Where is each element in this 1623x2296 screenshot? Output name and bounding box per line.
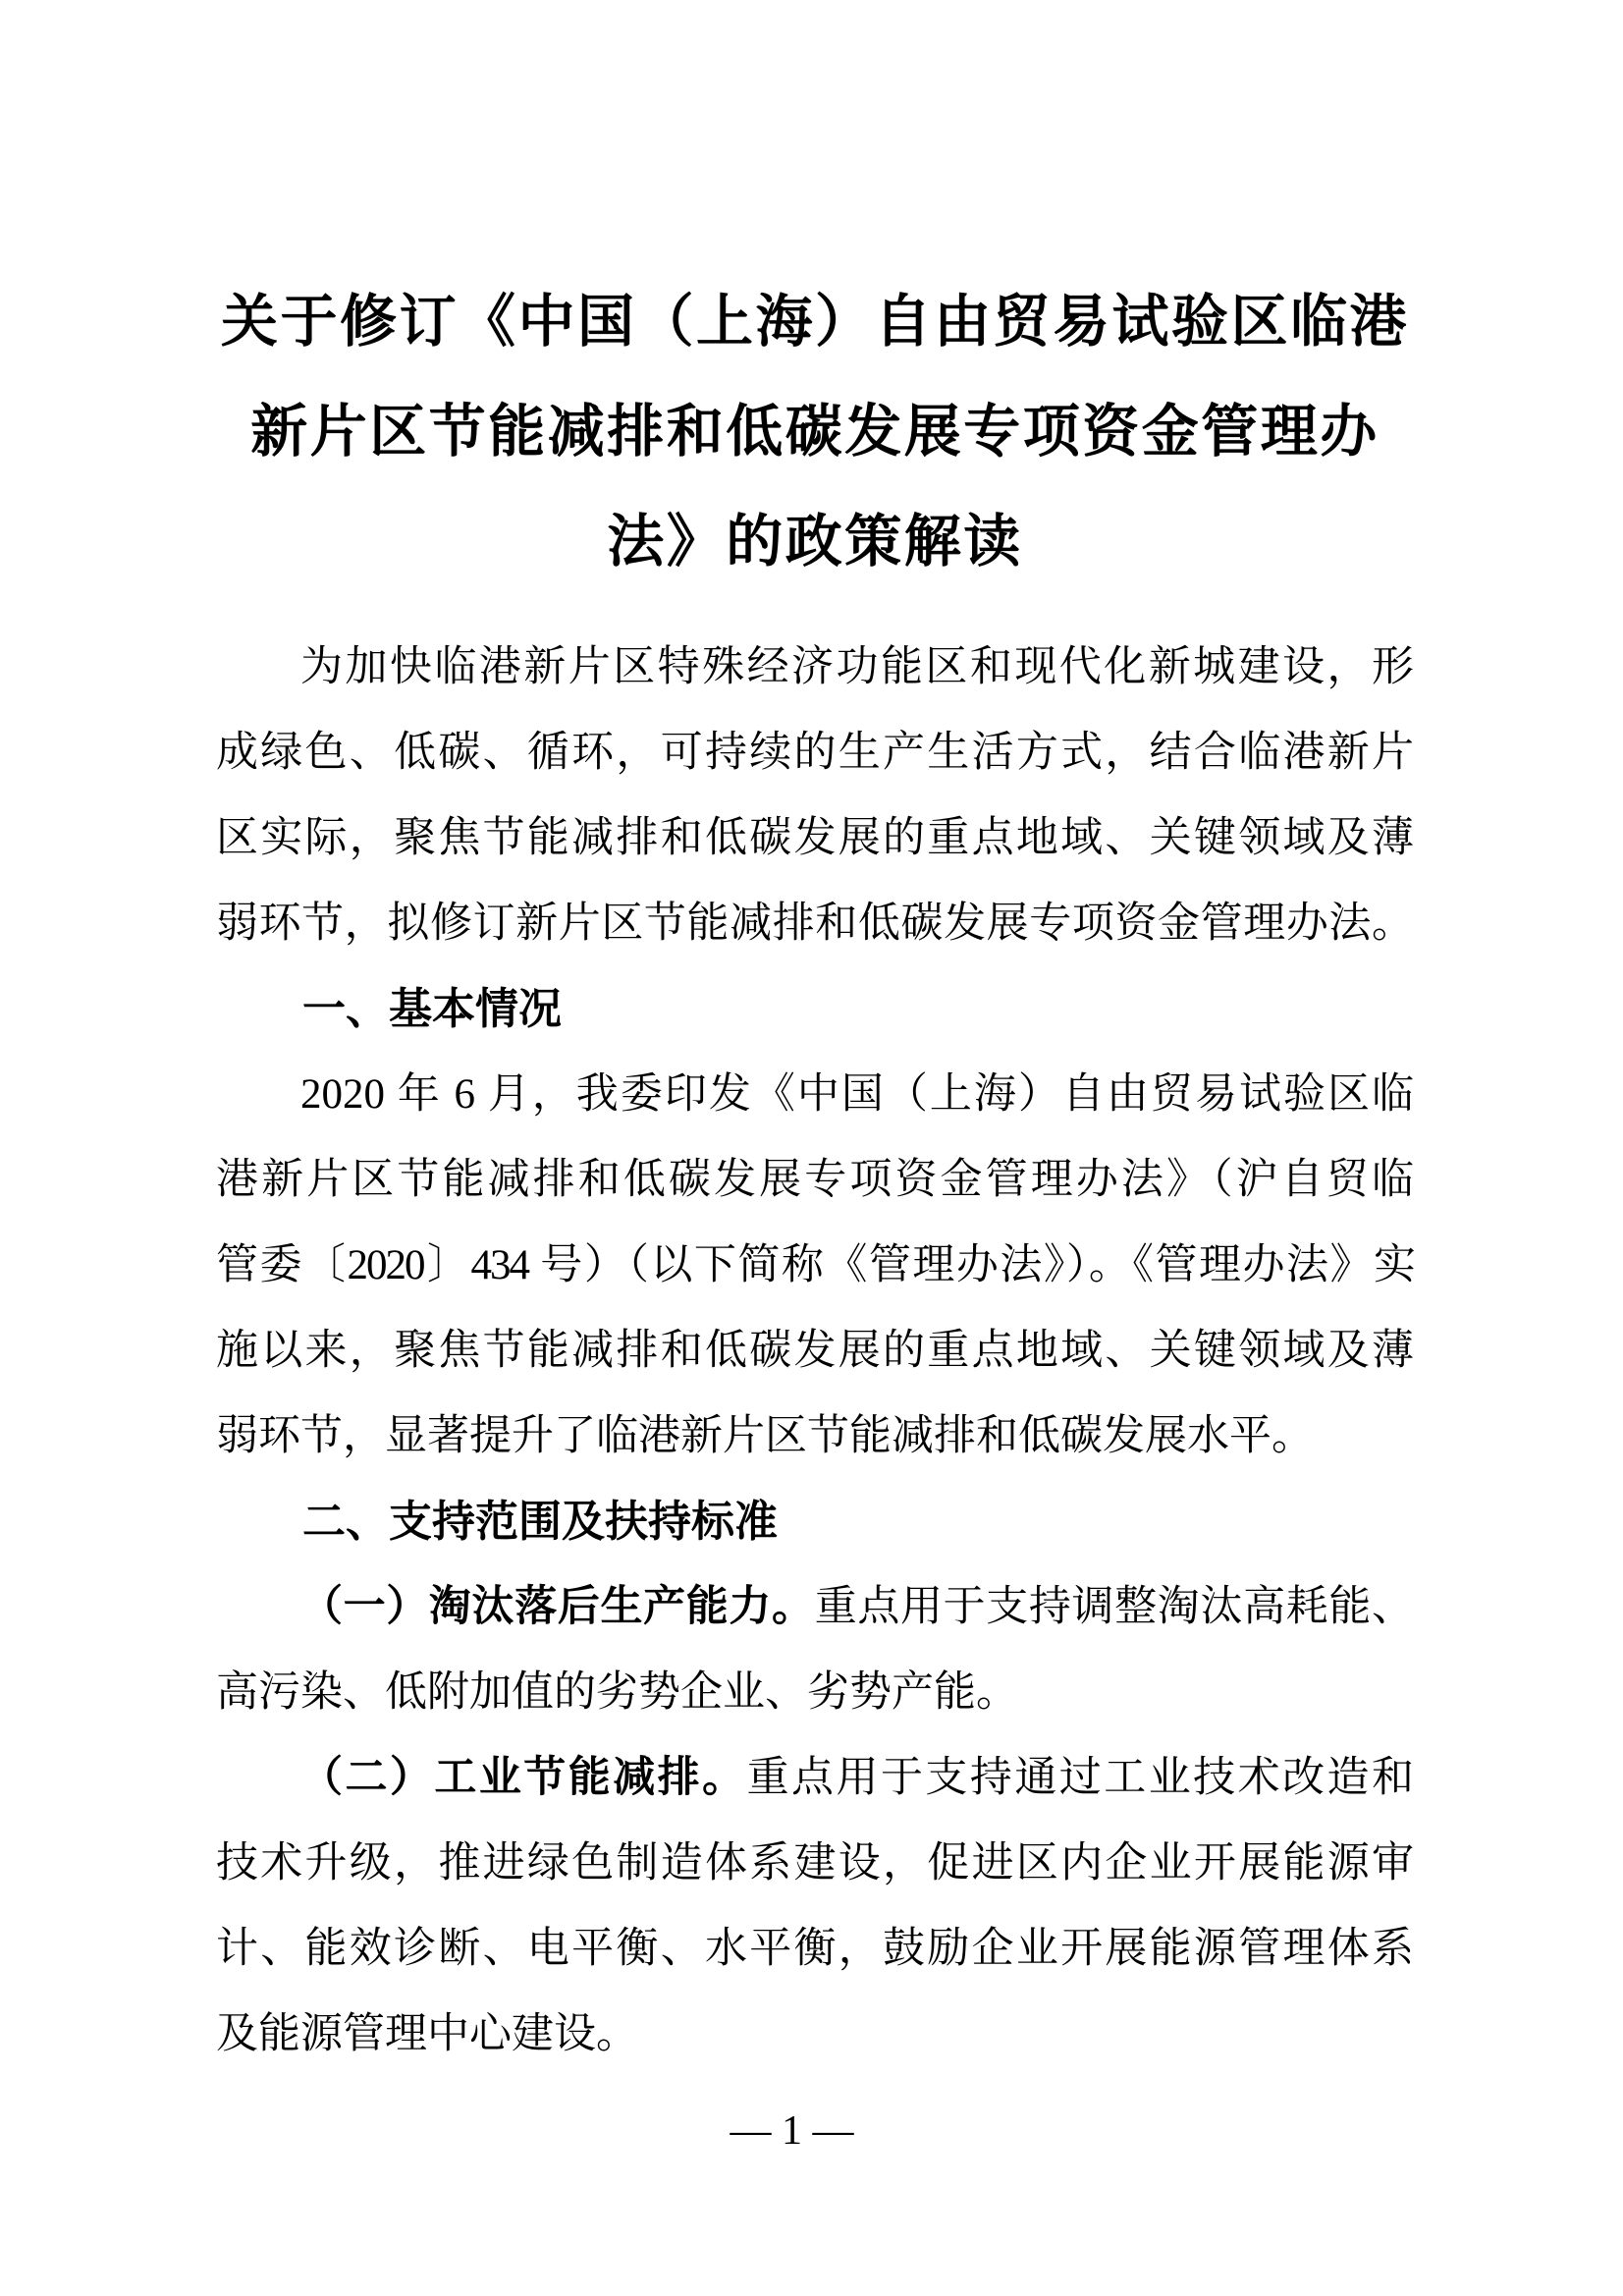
document-page: 关于修订《中国（上海）自由贸易试验区临港 新片区节能减排和低碳发展专项资金管理办…: [0, 0, 1623, 2296]
section1-line-5: 弱环节，显著提升了临港新片区节能减排和低碳发展水平。: [216, 1394, 1414, 1479]
item1-line-1: （一）淘汰落后生产能力。重点用于支持调整淘汰高耗能、: [216, 1564, 1414, 1650]
section-heading-support-scope: 二、支持范围及扶持标准: [216, 1479, 1414, 1564]
item2-line-1-rest: 重点用于支持通过工业技术改造和: [747, 1755, 1414, 1801]
section1-line-3: 管委〔2020〕434 号）（以下简称《管理办法》）。《管理办法》实: [216, 1223, 1414, 1308]
item2-line-4: 及能源管理中心建设。: [216, 1992, 1414, 2077]
item2-line-2: 技术升级，推进绿色制造体系建设，促进区内企业开展能源审: [216, 1821, 1414, 1906]
intro-line-3: 区实际，聚焦节能减排和低碳发展的重点地域、关键领域及薄: [216, 795, 1414, 881]
section1-line-4: 施以来，聚焦节能减排和低碳发展的重点地域、关键领域及薄: [216, 1308, 1414, 1394]
document-body: 为加快临港新片区特殊经济功能区和现代化新城建设，形 成绿色、低碳、循环，可持续的…: [216, 625, 1414, 2077]
document-title: 关于修订《中国（上海）自由贸易试验区临港 新片区节能减排和低碳发展专项资金管理办…: [216, 267, 1414, 597]
title-line-2: 新片区节能减排和低碳发展专项资金管理办: [216, 377, 1414, 487]
intro-line-1: 为加快临港新片区特殊经济功能区和现代化新城建设，形: [216, 625, 1414, 710]
item1-lead: （一）淘汰落后生产能力。: [300, 1584, 815, 1630]
item2-line-3: 计、能效诊断、电平衡、水平衡，鼓励企业开展能源管理体系: [216, 1906, 1414, 1992]
item1-line-2: 高污染、低附加值的劣势企业、劣势产能。: [216, 1650, 1414, 1735]
item2-lead: （二）工业节能减排。: [300, 1755, 747, 1801]
section1-line-2: 港新片区节能减排和低碳发展专项资金管理办法》（沪自贸临: [216, 1137, 1414, 1223]
item2-line-1: （二）工业节能减排。重点用于支持通过工业技术改造和: [216, 1735, 1414, 1821]
page-number: — 1 —: [730, 2108, 854, 2154]
item1-line-1-rest: 重点用于支持调整淘汰高耗能、: [815, 1584, 1414, 1630]
title-line-1: 关于修订《中国（上海）自由贸易试验区临港: [216, 267, 1414, 377]
section1-line-1: 2020 年 6 月，我委印发《中国（上海）自由贸易试验区临: [216, 1052, 1414, 1137]
section-heading-basic-info: 一、基本情况: [216, 966, 1414, 1052]
title-line-3: 法》的政策解读: [216, 487, 1414, 597]
page-footer: — 1 —: [0, 2107, 1584, 2155]
intro-line-2: 成绿色、低碳、循环，可持续的生产生活方式，结合临港新片: [216, 710, 1414, 795]
intro-line-4: 弱环节，拟修订新片区节能减排和低碳发展专项资金管理办法。: [216, 881, 1414, 966]
